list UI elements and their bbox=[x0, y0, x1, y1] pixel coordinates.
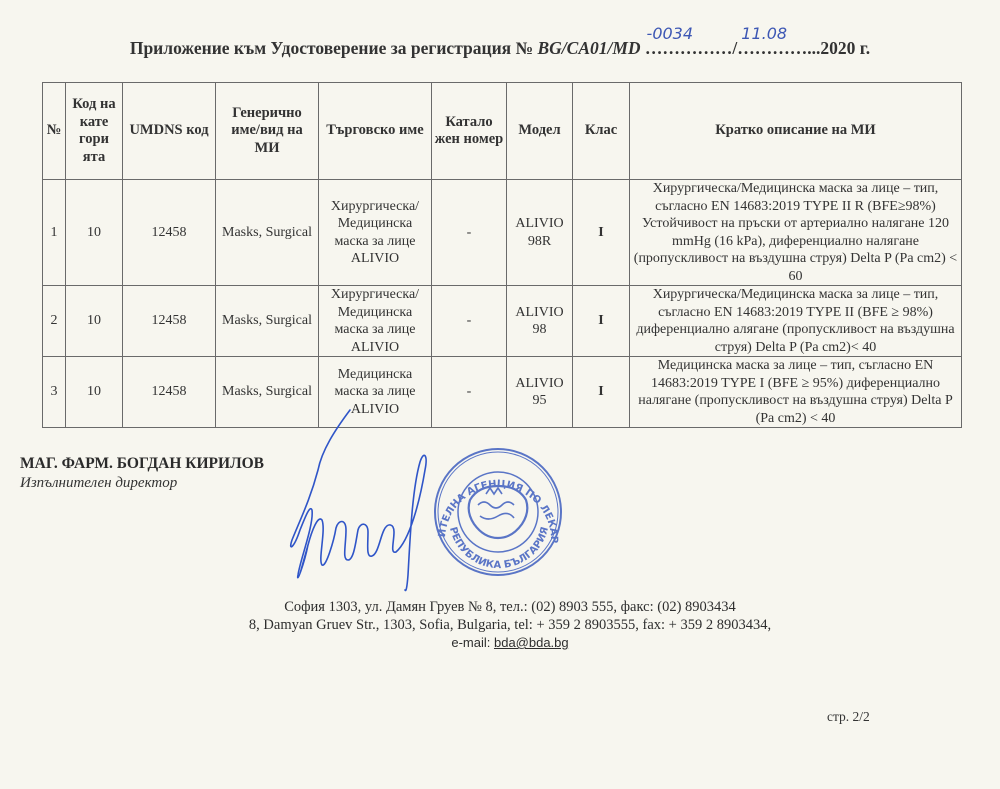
cell-description: Хирургическа/Медицинска маска за лице – … bbox=[630, 286, 962, 357]
signature bbox=[291, 410, 426, 590]
email-link[interactable]: bda@bda.bg bbox=[494, 635, 569, 650]
cell-no: 3 bbox=[43, 357, 66, 428]
coat-of-arms-icon bbox=[469, 486, 528, 538]
col-header-category-code: Код на кате гори ята bbox=[66, 83, 123, 180]
cell-model: ALIVIO 98R bbox=[507, 180, 573, 286]
table-row: 1 10 12458 Masks, Surgical Хирургическа/… bbox=[43, 180, 962, 286]
handwritten-number: -0034 bbox=[647, 24, 694, 43]
document-page: Приложение към Удостоверение за регистра… bbox=[0, 0, 1000, 789]
cell-generic-name: Masks, Surgical bbox=[216, 180, 319, 286]
registration-table: № Код на кате гори ята UMDNS код Генерич… bbox=[42, 82, 962, 428]
number-field: ……………-0034 bbox=[641, 38, 733, 58]
signer-block: МАГ. ФАРМ. БОГДАН КИРИЛОВ Изпълнителен д… bbox=[20, 455, 264, 492]
cell-generic-name: Masks, Surgical bbox=[216, 286, 319, 357]
cell-catalog-no: - bbox=[432, 180, 507, 286]
cell-category-code: 10 bbox=[66, 180, 123, 286]
cell-umdns: 12458 bbox=[123, 286, 216, 357]
cell-trade-name: Хирургическа/ Медицинска маска за лице A… bbox=[319, 180, 432, 286]
cell-trade-name: Медицинска маска за лице ALIVIO bbox=[319, 357, 432, 428]
footer-email-line: e-mail: bda@bda.bg bbox=[0, 634, 1000, 652]
cell-description: Хирургическа/Медицинска маска за лице – … bbox=[630, 180, 962, 286]
col-header-trade-name: Търговско име bbox=[319, 83, 432, 180]
cell-description: Медицинска маска за лице – тип, съгласно… bbox=[630, 357, 962, 428]
document-title: Приложение към Удостоверение за регистра… bbox=[0, 38, 1000, 59]
cell-trade-name: Хирургическа/ Медицинска маска за лице A… bbox=[319, 286, 432, 357]
footer-address-bg: София 1303, ул. Дамян Груев № 8, тел.: (… bbox=[0, 598, 1000, 616]
col-header-model: Модел bbox=[507, 83, 573, 180]
cell-class: I bbox=[573, 357, 630, 428]
cell-generic-name: Masks, Surgical bbox=[216, 357, 319, 428]
cell-model: ALIVIO 98 bbox=[507, 286, 573, 357]
col-header-no: № bbox=[43, 83, 66, 180]
cell-category-code: 10 bbox=[66, 357, 123, 428]
cell-catalog-no: - bbox=[432, 286, 507, 357]
year-suffix: .2020 г. bbox=[816, 38, 870, 58]
col-header-class: Клас bbox=[573, 83, 630, 180]
signer-role: Изпълнителен директор bbox=[20, 475, 264, 492]
col-header-generic-name: Генерично име/вид на МИ bbox=[216, 83, 319, 180]
title-prefix: Приложение към Удостоверение за регистра… bbox=[130, 38, 538, 58]
cell-no: 2 bbox=[43, 286, 66, 357]
cell-no: 1 bbox=[43, 180, 66, 286]
table-header-row: № Код на кате гори ята UMDNS код Генерич… bbox=[43, 83, 962, 180]
footer-address-en: 8, Damyan Gruev Str., 1303, Sofia, Bulga… bbox=[0, 616, 1000, 634]
col-header-description: Кратко описание на МИ bbox=[630, 83, 962, 180]
table-row: 3 10 12458 Masks, Surgical Медицинска ма… bbox=[43, 357, 962, 428]
cell-model: ALIVIO 95 bbox=[507, 357, 573, 428]
col-header-catalog-no: Катало жен номер bbox=[432, 83, 507, 180]
cell-class: I bbox=[573, 180, 630, 286]
registration-code: BG/CA01/MD bbox=[537, 38, 640, 58]
signer-name: МАГ. ФАРМ. БОГДАН КИРИЛОВ bbox=[20, 455, 264, 473]
cell-umdns: 12458 bbox=[123, 357, 216, 428]
cell-category-code: 10 bbox=[66, 286, 123, 357]
email-label: e-mail: bbox=[451, 635, 494, 650]
page-number: стр. 2/2 bbox=[827, 709, 870, 725]
svg-text:РЕПУБЛИКА БЪЛГАРИЯ: РЕПУБЛИКА БЪЛГАРИЯ bbox=[447, 526, 551, 571]
footer-contact: София 1303, ул. Дамян Груев № 8, тел.: (… bbox=[0, 598, 1000, 652]
cell-class: I bbox=[573, 286, 630, 357]
cell-catalog-no: - bbox=[432, 357, 507, 428]
col-header-umdns: UMDNS код bbox=[123, 83, 216, 180]
cell-umdns: 12458 bbox=[123, 180, 216, 286]
date-field: …………..11.08 bbox=[737, 38, 816, 58]
handwritten-date: 11.08 bbox=[741, 24, 787, 43]
table-row: 2 10 12458 Masks, Surgical Хирургическа/… bbox=[43, 286, 962, 357]
